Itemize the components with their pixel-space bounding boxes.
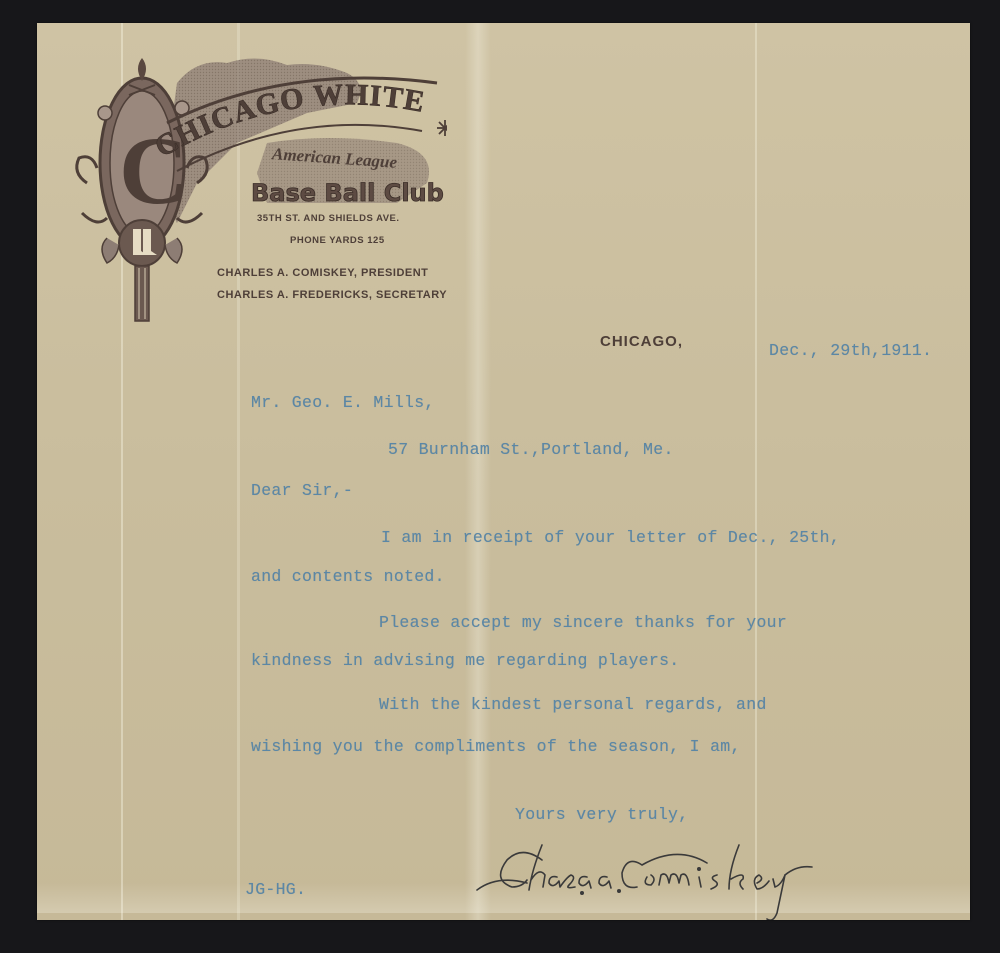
paragraph-1-line-2: and contents noted. — [251, 567, 445, 586]
closing: Yours very truly, — [515, 805, 688, 824]
letter-paper: C CHICAGO WHITE SOX American League Base… — [37, 23, 970, 920]
handwritten-signature-icon — [467, 835, 907, 920]
white-sox-logo-icon: C CHICAGO WHITE SOX American League Base… — [67, 53, 447, 323]
letter-date: Dec., 29th,1911. — [769, 341, 932, 360]
letterhead-phone: PHONE YARDS 125 — [290, 235, 385, 246]
paragraph-1-line-1: I am in receipt of your letter of Dec., … — [381, 528, 840, 547]
paragraph-2-line-2: kindness in advising me regarding player… — [251, 651, 679, 670]
letterhead-address: 35TH ST. AND SHIELDS AVE. — [257, 213, 400, 224]
paragraph-3-line-1: With the kindest personal regards, and — [379, 695, 767, 714]
svg-text:Base Ball Club: Base Ball Club — [251, 179, 444, 207]
letterhead-city: CHICAGO, — [600, 333, 683, 350]
salutation: Dear Sir,- — [251, 481, 353, 500]
recipient-address: 57 Burnham St.,Portland, Me. — [388, 440, 674, 459]
typist-initials: JG-HG. — [245, 880, 306, 899]
fold-crease — [465, 23, 491, 920]
letterhead-president: CHARLES A. COMISKEY, PRESIDENT — [217, 267, 428, 279]
paragraph-2-line-1: Please accept my sincere thanks for your — [379, 613, 787, 632]
fold-crease — [755, 23, 757, 920]
paragraph-3-line-2: wishing you the compliments of the seaso… — [251, 737, 741, 756]
letterhead-secretary: CHARLES A. FREDERICKS, SECRETARY — [217, 289, 447, 301]
recipient-name: Mr. Geo. E. Mills, — [251, 393, 435, 412]
